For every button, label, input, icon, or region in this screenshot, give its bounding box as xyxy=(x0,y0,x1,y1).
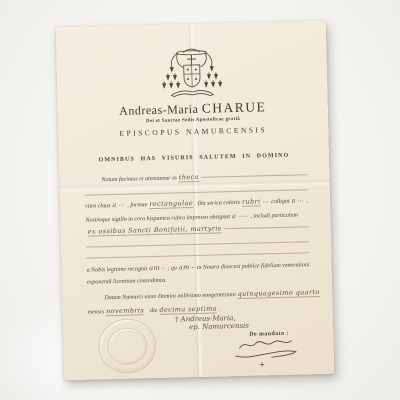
vitro-printed-1: vitro claus xyxy=(85,203,110,210)
dotted-filler xyxy=(298,200,304,201)
nobis-line-2: exponendi licentiam concedimus. xyxy=(87,274,310,285)
ruled-filler xyxy=(223,226,308,229)
vitro-hw-2: rectangulae xyxy=(149,199,193,209)
relic-handwritten: ex ossibus Sancti Bonifatii, martyris xyxy=(88,224,222,236)
nobis-line2-text: exponendi licentiam concedimus. xyxy=(87,278,167,286)
vitro-printed-2: , formae xyxy=(127,202,147,208)
vitro-hw-3: rubri xyxy=(242,197,261,206)
datum-line: Datum Namurci anno Domini millesimo nong… xyxy=(87,288,310,302)
nobis-printed-1: a Nobis legitime recognit xyxy=(87,266,148,273)
embossed-seal-inner-ring xyxy=(107,327,148,365)
mensis-handwritten-month: novembris xyxy=(106,306,144,316)
nobis-hw-1: am xyxy=(149,264,160,272)
tassel-group-left xyxy=(162,65,180,87)
secretary-signature-flourish-icon xyxy=(221,334,310,370)
nobis-line: a Nobis legitime recognit am ; qu am in … xyxy=(87,260,310,273)
dotted-filler xyxy=(263,201,269,202)
blank-ruled-line xyxy=(86,241,309,247)
nobis-hw-2: am xyxy=(179,263,190,271)
vitro-printed-4: colligat xyxy=(271,199,289,205)
die-printed: die xyxy=(150,308,157,314)
bishop-name-caps: CHARUE xyxy=(202,99,267,116)
datum-handwritten-year: quinquagesimo quarto xyxy=(237,288,319,299)
nostroque-hw: a xyxy=(232,212,236,220)
dotted-filler xyxy=(238,216,247,217)
bishop-name-first: Andreas-Maria xyxy=(119,102,198,118)
bishop-signature: † Andreas-Maria, ep. Namurcensis xyxy=(175,312,305,331)
die-end: . xyxy=(219,306,221,312)
die-handwritten-day: decima septima xyxy=(159,304,217,314)
photo-background: Andreas-Maria CHARUE Dei et Sanctae Sedi… xyxy=(0,0,400,400)
nostroque-printed: Nostroque sigillo in cera hispanica rubr… xyxy=(85,214,230,224)
vitro-printed-3: fila serica coloris xyxy=(198,200,240,207)
blank-ruled-line xyxy=(86,252,309,258)
notum-printed: Notum facimus et attestamur in xyxy=(101,175,176,183)
nostroque-end: , includi particulam xyxy=(250,212,298,219)
tassel-group-right xyxy=(204,64,222,86)
nobis-printed-3: in Nostra dioecesi publice fidelium vene… xyxy=(197,262,310,271)
dotted-filler xyxy=(192,267,194,268)
salutation-line: OMNIBUS HAS VISURIS SALUTEM IN DOMINO xyxy=(59,152,329,165)
episcopal-coat-of-arms-icon xyxy=(141,43,242,101)
dotted-filler xyxy=(162,268,164,269)
notum-handwritten: theca xyxy=(179,173,199,182)
certificate-paper: Andreas-Maria CHARUE Dei et Sanctae Sedi… xyxy=(56,21,335,380)
vitro-hw-4: a xyxy=(291,197,295,205)
vitro-hw-1: a xyxy=(112,201,116,209)
ruled-filler xyxy=(201,174,307,178)
nobis-printed-2: ; qu xyxy=(167,265,177,271)
nostroque-line: Nostroque sigillo in cera hispanica rubr… xyxy=(85,210,308,223)
bishop-title: EPISCOPUS NAMURCENSIS xyxy=(58,124,328,140)
vitro-line: vitro claus a , formae rectangulae fila … xyxy=(85,196,308,210)
vitro-end: , xyxy=(306,198,308,204)
blank-ruled-line xyxy=(85,189,308,195)
relic-line: ex ossibus Sancti Bonifatii, martyris xyxy=(86,222,309,236)
datum-printed: Datum Namurci anno Domini millesimo nong… xyxy=(104,292,235,301)
mensis-printed: mensis xyxy=(88,309,104,315)
embossed-seal xyxy=(98,318,157,374)
dotted-filler xyxy=(119,205,125,206)
notum-line: Notum facimus et attestamur in theca xyxy=(84,170,307,184)
